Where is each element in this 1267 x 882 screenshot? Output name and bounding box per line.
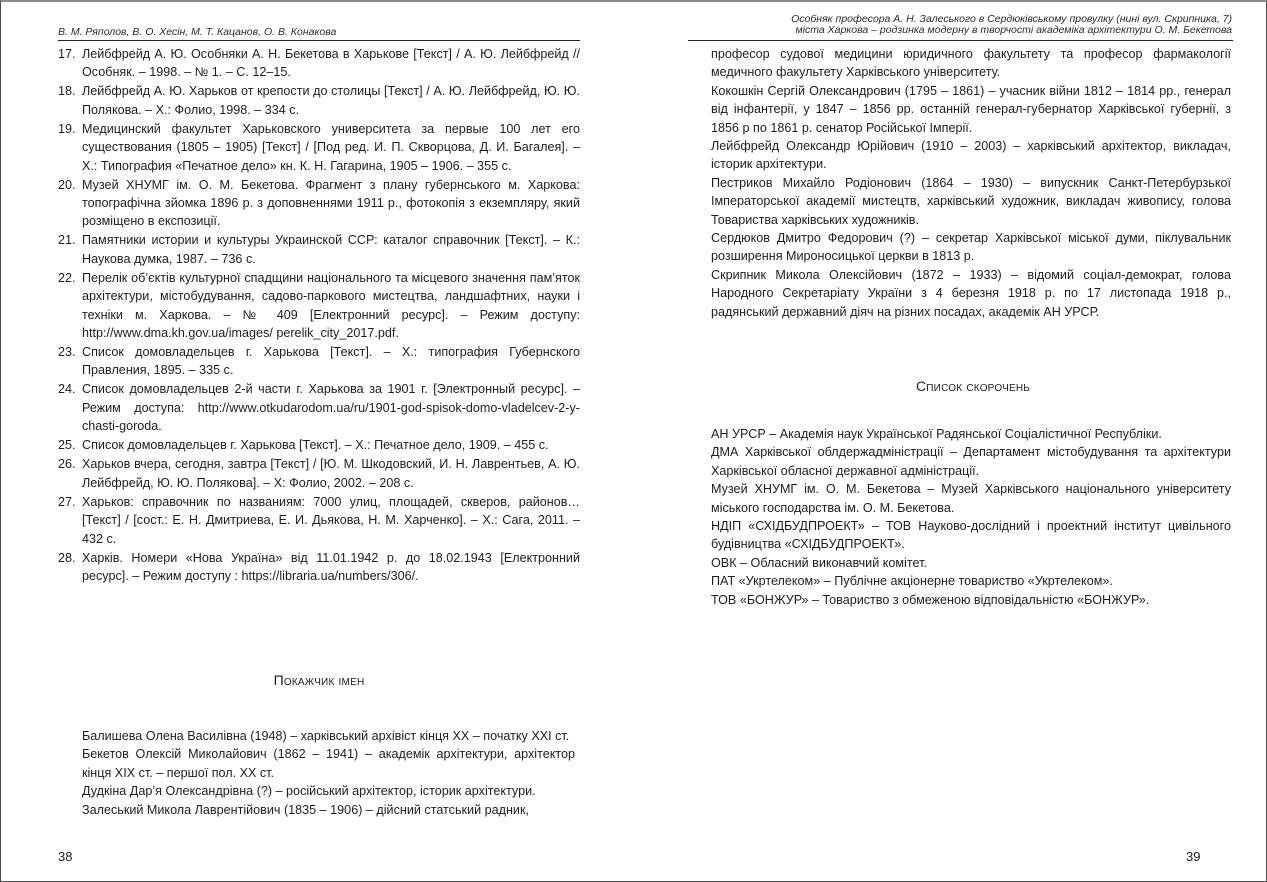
running-head-title: Особняк професора А. Н. Залеського в Сер… bbox=[688, 14, 1232, 36]
abbreviation-entry: ТОВ «БОНЖУР» – Товариство з обмеженою ві… bbox=[711, 591, 1231, 609]
name-index-entry: Кокошкін Сергій Олександрович (1795 – 18… bbox=[711, 82, 1231, 137]
page-number: 38 bbox=[58, 849, 72, 864]
name-index-entry: професор судової медицини юридичного фак… bbox=[711, 45, 1231, 82]
reference-item: 24.Список домовладельцев 2-й части г. Ха… bbox=[58, 380, 580, 435]
page-number: 39 bbox=[1186, 849, 1200, 864]
section-title-abbreviations: Список скорочень bbox=[713, 378, 1233, 394]
left-page: В. М. Ряполов, В. О. Хесін, М. Т. Кацано… bbox=[0, 0, 633, 882]
name-index-list: Балишева Олена Василівна (1948) – харків… bbox=[82, 727, 575, 819]
reference-item: 26.Харьков вчера, сегодня, завтра [Текст… bbox=[58, 455, 580, 492]
reference-item: 23.Список домовладельцев г. Харькова [Те… bbox=[58, 343, 580, 380]
reference-item: 25.Список домовладельцев г. Харькова [Те… bbox=[58, 436, 580, 454]
abbreviation-entry: ДМА Харківської облдержадміністрації – Д… bbox=[711, 443, 1231, 480]
running-head-authors: В. М. Ряполов, В. О. Хесін, М. Т. Кацано… bbox=[58, 27, 580, 38]
abbreviation-entry: Музей ХНУМГ ім. О. М. Бекетова – Музей Х… bbox=[711, 480, 1231, 517]
name-index-entry: Скрипник Микола Олексійович (1872 – 1933… bbox=[711, 266, 1231, 321]
name-index-entry: Бекетов Олексій Миколайович (1862 – 1941… bbox=[82, 745, 575, 782]
abbreviation-entry: ПАТ «Укртелеком» – Публічне акціонерне т… bbox=[711, 572, 1231, 590]
name-index-entry: Пестриков Михайло Родіонович (1864 – 193… bbox=[711, 174, 1231, 229]
name-index-entry: Залеський Микола Лаврентійович (1835 – 1… bbox=[82, 801, 575, 819]
abbreviation-entry: АН УРСР – Академія наук Української Радя… bbox=[711, 425, 1231, 443]
abbreviation-entry: ОВК – Обласний виконавчий комітет. bbox=[711, 554, 1231, 572]
running-head-line: міста Харкова – родзинка модерну в творч… bbox=[688, 25, 1232, 36]
reference-item: 21.Памятники истории и культуры Украинск… bbox=[58, 231, 580, 268]
reference-item: 20.Музей ХНУМГ ім. О. М. Бекетова. Фрагм… bbox=[58, 176, 580, 231]
reference-item: 22.Перелік об’єктів культурної спадщини … bbox=[58, 269, 580, 343]
name-index-entry: Сердюков Дмитро Федорович (?) – секретар… bbox=[711, 229, 1231, 266]
header-rule bbox=[58, 40, 580, 41]
abbreviation-entry: НДІП «СХІДБУДПРОЕКТ» – ТОВ Науково-дослі… bbox=[711, 517, 1231, 554]
abbreviations-list: АН УРСР – Академія наук Української Радя… bbox=[711, 425, 1231, 609]
name-index-list-continued: професор судової медицини юридичного фак… bbox=[711, 45, 1231, 321]
reference-item: 17.Лейбфрейд А. Ю. Особняки А. Н. Бекето… bbox=[58, 45, 580, 82]
bibliography-list: 17.Лейбфрейд А. Ю. Особняки А. Н. Бекето… bbox=[58, 45, 580, 586]
header-rule bbox=[688, 40, 1233, 41]
reference-item: 27.Харьков: справочник по названиям: 700… bbox=[58, 493, 580, 548]
section-title-name-index: Покажчик імен bbox=[58, 672, 580, 688]
name-index-entry: Балишева Олена Василівна (1948) – харків… bbox=[82, 727, 575, 745]
reference-item: 28.Харків. Номери «Нова Україна» від 11.… bbox=[58, 549, 580, 586]
right-page: Особняк професора А. Н. Залеського в Сер… bbox=[633, 0, 1267, 882]
name-index-entry: Дудкіна Дар’я Олександрівна (?) – російс… bbox=[82, 782, 575, 800]
reference-item: 19.Медицинский факультет Харьковского ун… bbox=[58, 120, 580, 175]
name-index-entry: Лейбфрейд Олександр Юрійович (1910 – 200… bbox=[711, 137, 1231, 174]
reference-item: 18.Лейбфрейд А. Ю. Харьков от крепости д… bbox=[58, 82, 580, 119]
